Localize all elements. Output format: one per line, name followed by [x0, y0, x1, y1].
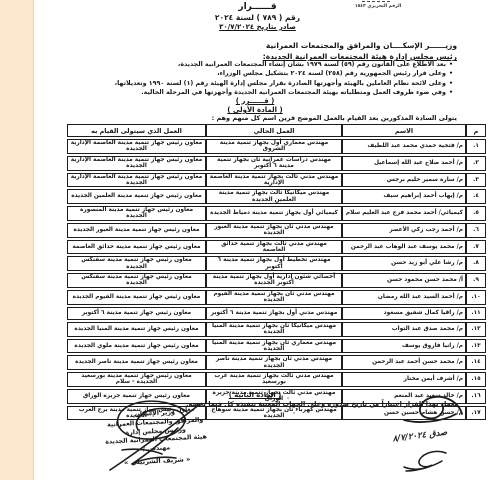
cell-no: ١٥.	[466, 372, 486, 387]
cell-name: م/ فتحية حمدي محمد عبد اللطيف	[342, 139, 466, 154]
cell-new-job: معاون رئيس جهاز تنمية مدينة ٦ أكتوبر	[67, 307, 206, 320]
header-current-job: العمل الحالي	[206, 124, 342, 137]
header-no: م	[466, 124, 486, 137]
preamble-item: •وعلى قرار رئيس الجمهورية رقم (٢٥٨) لسنة…	[41, 70, 453, 77]
table-row: ٨.م/ رشا علي أبو زيد حسنمهندس تخطيط أول …	[67, 256, 486, 271]
cell-new-job: معاون رئيس جهاز تنمية مدينة العلمين الجد…	[67, 189, 206, 204]
header-row: م الاسم العمل الحالي العمل الذي سيتولى ا…	[67, 124, 486, 137]
cell-name: كيميائي/ أحمد محمد فرج عبد العليم سلام	[342, 206, 466, 221]
cell-no: ٨.	[466, 256, 486, 271]
preamble-list: •بعد الاطلاع على القانون رقم (٥٩) لسنة ١…	[41, 61, 453, 99]
cell-no: ٥.	[466, 206, 486, 221]
table-row: ١١.م/ راقيا كمال شفيق مسعودمهندس مدني أو…	[67, 307, 486, 320]
cell-name: م/ إيهاب أحمد إبراهيم سيف	[342, 189, 466, 204]
cell-name: م/ أحمد السيد عبد الله رمضان	[342, 290, 466, 305]
decree-date: صادر بتاريخ ٣٠/٧/٢٠٢٤	[195, 23, 320, 31]
cell-no: ٩.	[466, 273, 486, 288]
cell-name: م/ رشا علي أبو زيد حسن	[342, 256, 466, 271]
scan-noise-dot	[287, 397, 289, 399]
table-row: ١٠.م/ أحمد السيد عبد الله رمضانمهندس مدن…	[67, 290, 486, 305]
decree-number: رقم ( ٧٨٩ ) لسنة ٢٠٢٤	[195, 13, 320, 22]
minister-title-line: وزيــــــر الإسكــــان والمرافق والمجتمع…	[263, 40, 457, 51]
cell-current-job: كيميائي أول بجهاز تنمية مدينة دمياط الجد…	[206, 206, 342, 221]
bullet-icon: •	[449, 80, 453, 87]
registry-number: الرقم التحريري ١٥٤٣	[348, 4, 408, 9]
table-row: ٤.م/ إيهاب أحمد إبراهيم سيفمهندس ميكانيك…	[67, 189, 486, 204]
cell-new-job: معاون رئيس جهاز تنمية مدينة بورسعيد الجد…	[67, 372, 206, 387]
table-row: ٥.كيميائي/ أحمد محمد فرج عبد العليم سلام…	[67, 206, 486, 221]
cell-current-job: مهندس مدني ثالث بجهاز تنمية مدينة غرب بو…	[206, 372, 342, 387]
cell-new-job: معاون رئيس جهاز تنمية مدينة العاصمة الإد…	[67, 139, 206, 154]
cell-new-job: معاون رئيس جهاز تنمية مدينة سفنكس الجديد…	[67, 256, 206, 271]
issuing-authority: وزيــــــر الإسكــــان والمرافق والمجتمع…	[263, 40, 457, 63]
preamble-text: بعد الاطلاع على القانون رقم (٥٩) لسنة ١٩…	[178, 61, 446, 68]
assignments-table: م الاسم العمل الحالي العمل الذي سيتولى ا…	[67, 122, 486, 422]
cell-new-job: معاون رئيس جهاز تنمية مدينة ملوي الجديدة	[67, 339, 206, 354]
table-row: ٩.أ/ محمد حسن محمود حسنأخصائي شئون إداري…	[67, 273, 486, 288]
cell-current-job: مهندس معماري أول بجهاز تنمية مدينة الشرو…	[206, 139, 342, 154]
cell-no: ١١.	[466, 307, 486, 320]
table-row: ١٤.م/ محمد حسن أحمد عبد الرحمنمهندس مدني…	[67, 355, 486, 370]
article-1-intro: يتولى السادة المذكورين بعد القيام بالعمل…	[212, 114, 457, 122]
decree-header: قــــــرار رقم ( ٧٨٩ ) لسنة ٢٠٢٤ صادر بت…	[195, 2, 320, 31]
cell-name: أ/ محمد حسن محمود حسن	[342, 273, 466, 288]
cell-name: م/ راقيا كمال شفيق مسعود	[342, 307, 466, 320]
decision-word: ( قــــــرر )	[205, 97, 305, 105]
cell-no: ٤.	[466, 189, 486, 204]
cell-new-job: معاون رئيس جهاز تنمية مدينة الفيوم الجدي…	[67, 290, 206, 305]
cell-name: م/ رانيا فاروق يوسف	[342, 339, 466, 354]
bullet-icon: •	[449, 70, 453, 77]
cell-name: م/ محمد حسن أحمد عبد الرحمن	[342, 355, 466, 370]
table-row: ١.م/ فتحية حمدي محمد عبد اللطيفمهندس معم…	[67, 139, 486, 154]
decree-title: قــــــرار	[195, 2, 320, 12]
table-row: ٣.م/ سارة سمير حليم برجسمهندس مدني ثالث …	[67, 173, 486, 188]
bullet-icon: •	[449, 61, 453, 68]
preamble-item: •وفي ضوء ظروف العمل ومتطلباته بهيئة المج…	[41, 89, 453, 96]
cell-no: ١٠.	[466, 290, 486, 305]
cell-no: ١.	[466, 139, 486, 154]
scan-noise-dot	[293, 412, 295, 414]
table-row: ٦.م/ أحمد رجب زكي الأعصرمهندس مدني ثان ب…	[67, 223, 486, 238]
table-row: ١٢.م/ محمد صدق عبد التوابمهندس ميكانيكا …	[67, 322, 486, 337]
cell-no: ١٢.	[466, 322, 486, 337]
cell-new-job: معاون رئيس جهاز تنمية مدينة العبور الجدي…	[67, 223, 206, 238]
scanned-decree-document: الرقم التحريري ١٥٤٣ قــــــرار رقم ( ٧٨٩…	[0, 0, 503, 480]
table-row: ١٣.م/ رانيا فاروق يوسفمهندس معماري ثان ب…	[67, 339, 486, 354]
preamble-item: •وعلى لائحة نظام العاملين بالهيئة وأجهزت…	[41, 80, 453, 87]
cell-no: ٢.	[466, 156, 486, 171]
table-row: ١٥.م/ أشرف أيمن مختارمهندس مدني ثالث بجه…	[67, 372, 486, 387]
cell-name: م/ محمد صدق عبد التواب	[342, 322, 466, 337]
cell-current-job: مهندس دراسات عمرانية ثان بجهاز تنمية مدي…	[206, 156, 342, 171]
cell-name: م/ محمد يوسف عبد الوهاب عبد الرحمن	[342, 240, 466, 255]
preamble-item: •بعد الاطلاع على القانون رقم (٥٩) لسنة ١…	[41, 61, 453, 68]
cell-no: ٣.	[466, 173, 486, 188]
cell-no: ١٣.	[466, 339, 486, 354]
approval-check-scribble-icon	[398, 390, 470, 426]
cell-current-job: مهندس مدني ثان بجهاز تنمية مدينة ناصر ال…	[206, 355, 342, 370]
cell-current-job: أخصائي شئون إدارية أول بجهاز تنمية مدينة…	[206, 273, 342, 288]
cell-current-job: مهندس مدني ثان بجهاز تنمية مدينة الفيوم …	[206, 290, 342, 305]
cell-new-job: معاون رئيس جهاز تنمية مدينة العاصمة الإد…	[67, 173, 206, 188]
assignments-table-header: م الاسم العمل الحالي العمل الذي سيتولى ا…	[67, 124, 486, 137]
cell-no: ٦.	[466, 223, 486, 238]
table-row: ٢.م/ أحمد صلاح عبد الله إسماعيلمهندس درا…	[67, 156, 486, 171]
cell-current-job: مهندس ميكانيكا ثالث بجهاز تنمية مدينة ال…	[206, 189, 342, 204]
preamble-text: وعلى قرار رئيس الجمهورية رقم (٢٥٨) لسنة …	[217, 70, 446, 77]
cell-current-job: مهندس مدني ثان بجهاز تنمية مدينة العبور …	[206, 223, 342, 238]
cell-new-job: معاون رئيس جهاز تنمية مدينة ناصر الجديدة	[67, 355, 206, 370]
cell-current-job: مهندس مدني ثالث بجهاز تنمية حدائق العاصم…	[206, 240, 342, 255]
cell-new-job: معاون رئيس جهاز تنمية مدينة سفنكس الجديد…	[67, 273, 206, 288]
cell-no: ١٤.	[466, 355, 486, 370]
cell-current-job: مهندس ميكانيكا ثان بجهاز تنمية مدينة الم…	[206, 322, 342, 337]
cell-name: م/ سارة سمير حليم برجس	[342, 173, 466, 188]
cell-new-job: معاون رئيس جهاز تنمية مدينة العاصمة الإد…	[67, 156, 206, 171]
preamble-text: وفي ضوء ظروف العمل ومتطلباته بهيئة المجت…	[141, 89, 446, 96]
scan-top-mark	[362, 1, 390, 2]
article-1-title: ( المادة الأولى )	[205, 106, 305, 114]
minister-signature-scribble-icon	[92, 398, 222, 476]
cell-no: ٧.	[466, 240, 486, 255]
handwritten-signature-scribble-icon	[396, 447, 452, 473]
bullet-icon: •	[449, 89, 453, 96]
cell-name: م/ أشرف أيمن مختار	[342, 372, 466, 387]
cell-new-job: معاون رئيس جهاز تنمية مدينة المنيا الجدي…	[67, 322, 206, 337]
handwritten-approval-date: صدق ٨/٧/٢٠٢٤	[380, 426, 461, 446]
cell-current-job: مهندس مدني أول بجهاز تنمية مدينة ٦ أكتوب…	[206, 307, 342, 320]
header-name: الاسم	[342, 124, 466, 137]
cell-new-job: معاون رئيس جهاز تنمية مدينة المنصورة الج…	[67, 206, 206, 221]
header-new-job: العمل الذي سيتولى القيام به	[67, 124, 206, 137]
scan-edge-strip	[0, 0, 34, 480]
preamble-text: وعلى لائحة نظام العاملين بالهيئة وأجهزته…	[115, 80, 446, 87]
assignments-tbody: ١.م/ فتحية حمدي محمد عبد اللطيفمهندس معم…	[67, 139, 486, 420]
cell-name: م/ أحمد رجب زكي الأعصر	[342, 223, 466, 238]
cell-current-job: مهندس معماري ثان بجهاز تنمية مدينة المني…	[206, 339, 342, 354]
cell-current-job: مهندس تخطيط أول بجهاز تنمية مدينة ٦ أكتو…	[206, 256, 342, 271]
table-row: ٧.م/ محمد يوسف عبد الوهاب عبد الرحمنمهند…	[67, 240, 486, 255]
cell-name: م/ أحمد صلاح عبد الله إسماعيل	[342, 156, 466, 171]
cell-new-job: معاون رئيس جهاز تنمية مدينة حدائق العاصم…	[67, 240, 206, 255]
cell-current-job: مهندس مدني ثالث بجهاز تنمية مدينة العاصم…	[206, 173, 342, 188]
